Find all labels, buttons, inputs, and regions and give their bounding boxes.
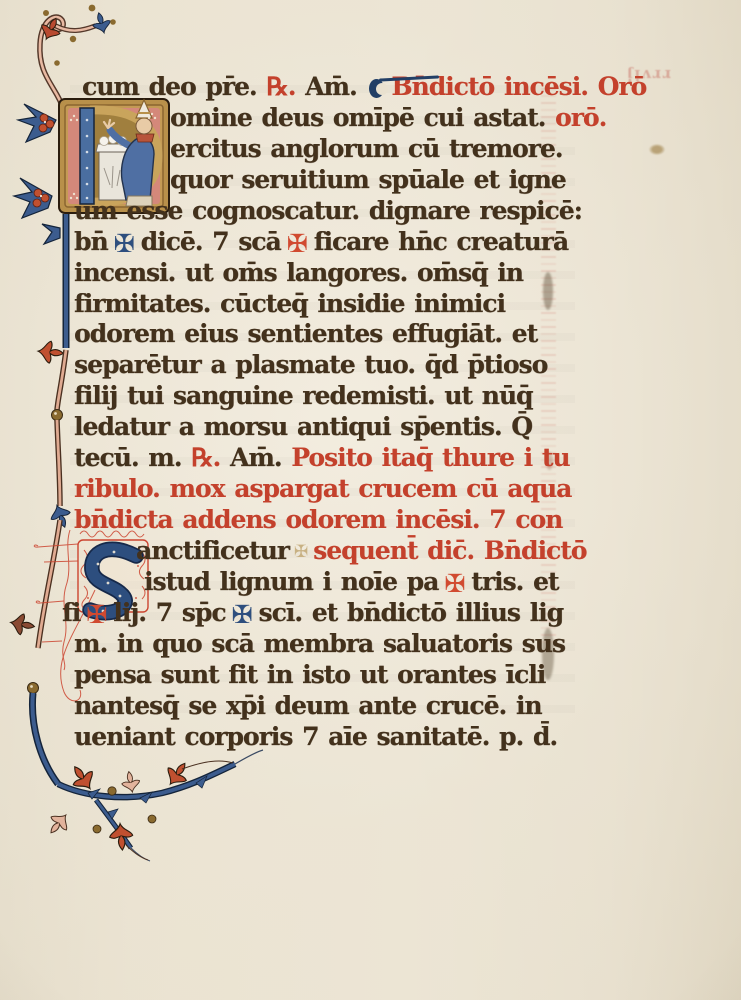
text-run: ℞. [191,443,220,472]
text-block: cum deo pr̄e. ℞. Am̄. Bn̄dictō incēsi. O… [0,0,741,1000]
text-run: ribulo. mox aspargat crucem cū aqua [74,474,571,503]
text-run: dicē. 7 scā [141,227,281,256]
text-run: istud lignum i noīe pa [144,567,438,596]
text-line: ledatur a morsu antiqui sp̄entis. Q̄ [74,411,532,442]
text-run: m. in quo scā membra saluatoris sus [74,629,565,658]
text-run: pensa sunt fit in isto ut orantes īcli [74,660,545,689]
text-line: omine deus omīpē cui astat. orō. [170,102,606,133]
text-line: um esse cognoscatur. dignare respicē: [74,195,582,226]
text-line: cum deo pr̄e. ℞. Am̄. Bn̄dictō incēsi. O… [82,71,646,102]
text-line: pensa sunt fit in isto ut orantes īcli [74,659,545,690]
text-run: sequent̄ dic̄. Bn̄dictō [313,536,586,565]
text-run: tris. et [471,567,558,596]
text-line: m. in quo scā membra saluatoris sus [74,628,565,659]
text-run: Posito itaq̄ thure i tu [291,443,569,472]
text-run: bn̄ [74,227,108,256]
text-line: firmitates. cūcteq̄ insidie inimici [74,288,505,319]
text-line: odorem eius sentientes effugiāt. et [74,318,537,349]
text-line: istud lignum i noīe pa✠tris. et [144,566,558,599]
text-run: ledatur a morsu antiqui sp̄entis. Q̄ [74,412,532,441]
text-line: quor seruitium spūale et igne [170,164,566,195]
text-run: fi [62,598,80,627]
text-run: firmitates. cūcteq̄ insidie inimici [74,289,505,318]
text-line: nantesq̄ se xp̄i deum ante crucē. in [74,690,542,721]
text-run: quor seruitium spūale et igne [170,165,566,194]
blessing-cross-icon: ✠ [444,569,465,598]
text-run: ercitus anglorum cū tremore. [170,134,562,163]
blessing-cross-icon: ✠ [86,600,107,629]
text-run: separētur a plasmate tuo. q̄d p̄tioso [74,350,547,379]
text-run: orō. [555,103,606,132]
text-line: ercitus anglorum cū tremore. [170,133,562,164]
text-run: ℞. [266,72,295,101]
blessing-cross-icon: ✠ [114,229,135,258]
manuscript-page: rrvij [0,0,741,1000]
text-run: incensi. ut om̄s langores. om̄sq̄ in [74,258,523,287]
text-run: Am̄. [295,72,366,101]
line-filler-ornament-icon: ✠ [294,542,308,562]
text-run: cum deo pr̄e. [82,72,266,101]
text-line: bn̄✠dicē. 7 scā✠ficare hn̄c creaturā [74,226,568,259]
text-run: lij. 7 sp̄c [113,598,225,627]
text-run: odorem eius sentientes effugiāt. et [74,319,537,348]
text-run: omine deus omīpē cui astat. [170,103,555,132]
text-run: filij tui sanguine redemisti. ut nūq̄ [74,381,533,410]
text-run: ficare hn̄c creaturā [314,227,568,256]
text-run: ueniant corporis 7 aīe sanitatē. p. d̄. [74,722,557,751]
text-line: filij tui sanguine redemisti. ut nūq̄ [74,380,533,411]
text-line: ribulo. mox aspargat crucem cū aqua [74,473,571,504]
text-line: fi✠lij. 7 sp̄c✠scī. et bn̄dictō illius l… [62,597,563,630]
text-run: Am̄. [220,443,291,472]
text-line: bn̄dicta addens odorem incēsi. 7 con [74,504,562,535]
text-run: bn̄dicta addens odorem incēsi. 7 con [74,505,562,534]
paraph-mark-icon [369,79,384,98]
text-line: incensi. ut om̄s langores. om̄sq̄ in [74,257,523,288]
text-line: ueniant corporis 7 aīe sanitatē. p. d̄. [74,721,557,752]
text-run: tecū. m. [74,443,191,472]
text-run: nantesq̄ se xp̄i deum ante crucē. in [74,691,542,720]
blessing-cross-icon: ✠ [232,600,253,629]
text-run: anctificetur [136,536,289,565]
text-line: tecū. m. ℞. Am̄. Posito itaq̄ thure i tu [74,442,570,473]
text-line: separētur a plasmate tuo. q̄d p̄tioso [74,349,547,380]
text-line: anctificetur✠sequent̄ dic̄. Bn̄dictō [136,535,586,568]
text-run: um esse cognoscatur. dignare respicē: [74,196,582,225]
text-run: scī. et bn̄dictō illius lig [259,598,564,627]
blessing-cross-icon: ✠ [287,229,308,258]
